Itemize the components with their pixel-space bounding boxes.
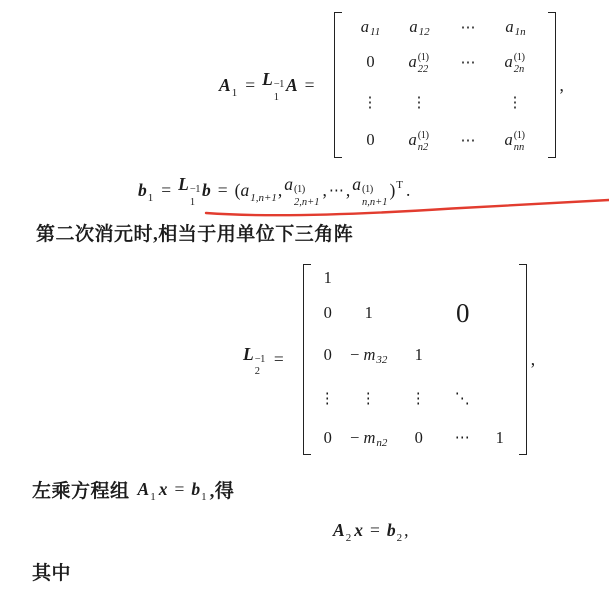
- left-bracket: [303, 264, 311, 455]
- symbol-L2-inverse: L−12: [243, 344, 267, 376]
- equals-sign: =: [370, 520, 380, 541]
- zh-suffix: ,得: [210, 476, 235, 503]
- paragraph-where: 其中: [32, 558, 71, 585]
- symbol-A1: A1: [138, 479, 157, 500]
- trailing-comma: ,: [531, 349, 535, 370]
- symbol-x: x: [159, 479, 168, 500]
- superscript: −1: [255, 355, 265, 366]
- matrix-l2-inverse: 1 0 1 0 0 −m32 1 ⋮ ⋮ ⋮ ⋱ 0 −mn2: [303, 264, 527, 455]
- minus-sign: −: [350, 345, 359, 365]
- zh-prefix: 左乘方程组: [32, 476, 130, 503]
- matrix-cell: 0: [324, 428, 332, 448]
- matrix-l2-grid: 1 0 1 0 0 −m32 1 ⋮ ⋮ ⋮ ⋱ 0 −mn2: [311, 264, 519, 455]
- subscript: 1: [201, 491, 207, 503]
- subscript: 1: [150, 491, 156, 503]
- subscript: n2: [376, 437, 387, 449]
- equation-a2x-b2: A2 x = b2 ,: [333, 520, 410, 541]
- red-underline-stroke: [206, 200, 609, 215]
- matrix-cell: 1: [496, 428, 504, 448]
- symbol-A2: A2: [333, 520, 352, 541]
- paragraph-second-elimination: 第二次消元时,相当于用单位下三角阵: [36, 219, 353, 246]
- trailing-comma: ,: [404, 520, 408, 541]
- right-bracket: [519, 264, 527, 455]
- matrix-cell-vdots: ⋮: [361, 389, 377, 408]
- matrix-cell: 0: [415, 428, 423, 448]
- paragraph-left-multiply: 左乘方程组 A1 x = b1 ,得: [32, 476, 234, 503]
- matrix-cell-vdots: ⋮: [320, 389, 336, 408]
- matrix-cell-vdots: ⋮: [411, 389, 427, 408]
- matrix-cell: 0: [324, 345, 332, 365]
- subscript: 2: [397, 532, 403, 544]
- matrix-cell-zero-block: 0: [456, 300, 470, 327]
- equals-sign: =: [274, 349, 284, 370]
- matrix-cell-ddots: ⋱: [455, 389, 471, 408]
- symbol-x: x: [354, 520, 363, 541]
- matrix-cell: −mn2: [350, 428, 387, 448]
- equation-l2-inverse: L−12 = 1 0 1 0 0 −m32 1 ⋮ ⋮ ⋮ ⋱: [243, 264, 535, 455]
- subscript: 2: [255, 367, 260, 378]
- subscript: 32: [376, 354, 387, 366]
- matrix-cell: 1: [415, 345, 423, 365]
- matrix-cell: 1: [324, 268, 332, 288]
- equals-sign: =: [174, 479, 184, 500]
- subscript: 2: [346, 532, 352, 544]
- matrix-cell: −m32: [350, 345, 387, 365]
- matrix-cell: 0: [324, 303, 332, 323]
- matrix-cell-cdots: ⋯: [455, 428, 471, 447]
- minus-sign: −: [350, 428, 359, 448]
- symbol-b1: b1: [191, 479, 207, 500]
- scanned-textbook-page: { "page": { "width": 609, "height": 595,…: [0, 0, 609, 595]
- symbol-b2: b2: [387, 520, 403, 541]
- matrix-cell: 1: [365, 303, 373, 323]
